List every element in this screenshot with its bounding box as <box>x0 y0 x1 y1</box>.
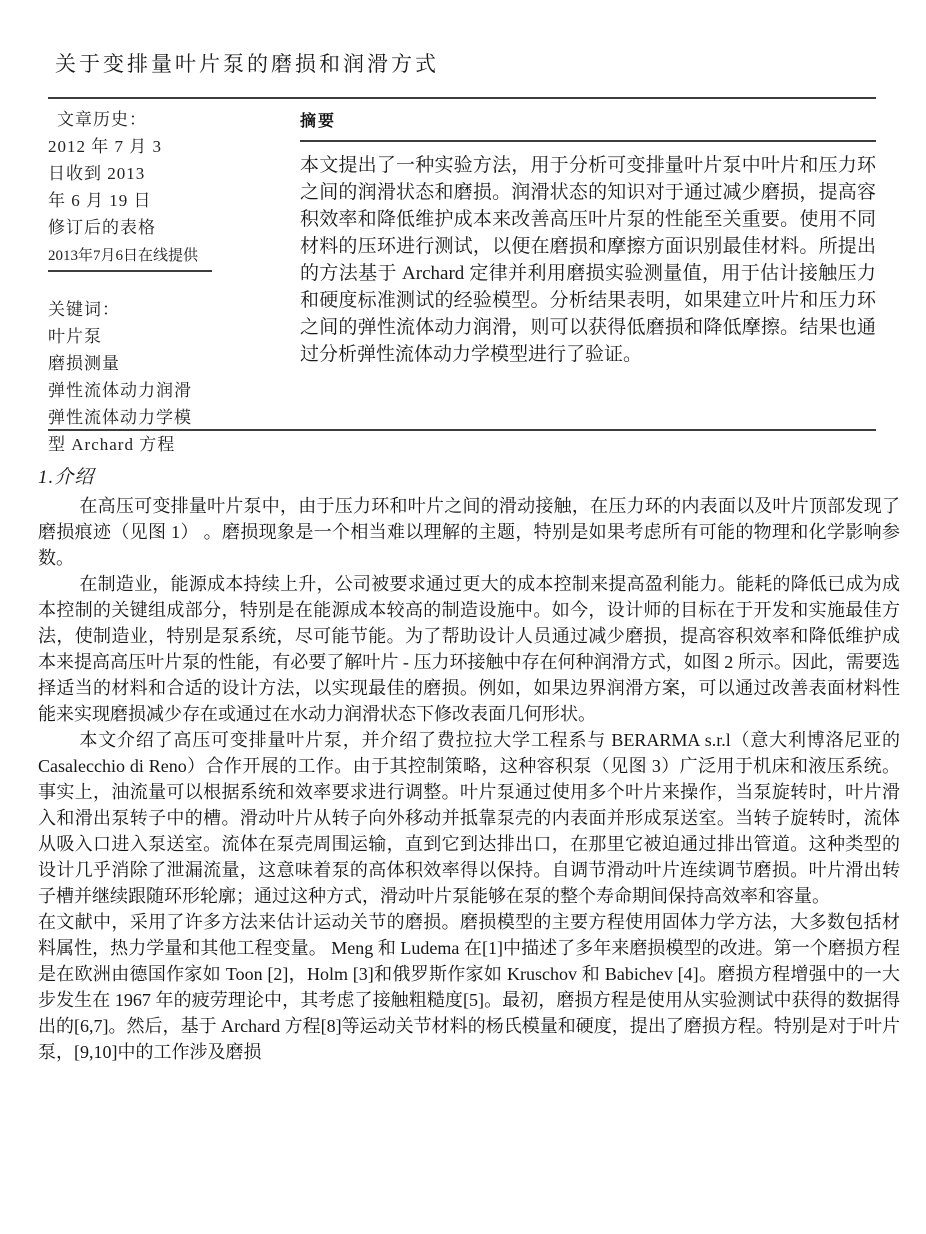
article-history-online-row: 2013年7月6日在线提供 <box>48 241 300 274</box>
article-history-line: 2012 年 7 月 3 <box>48 133 300 160</box>
abstract-heading: 摘要 <box>300 108 876 131</box>
article-history-line: 年 6 月 19 日 <box>48 187 300 214</box>
introduction-paragraph: 在高压可变排量叶片泵中，由于压力环和叶片之间的滑动接触，在压力环的内表面以及叶片… <box>38 493 900 571</box>
document-page: 关于变排量叶片泵的磨损和润滑方式 文章历史： 2012 年 7 月 3 日收到 … <box>0 0 926 1234</box>
header-divider <box>48 97 876 99</box>
introduction-paragraph: 在文献中，采用了许多方法来估计运动关节的磨损。磨损模型的主要方程使用固体力学方法… <box>38 909 900 1065</box>
keywords-label: 关键词： <box>48 296 300 323</box>
paper-title: 关于变排量叶片泵的磨损和润滑方式 <box>55 48 439 78</box>
article-history-label: 文章历史： <box>48 106 300 133</box>
article-history-online-date: 2013年7月6日在线提供 <box>48 244 212 272</box>
article-history-line: 日收到 2013 <box>48 160 300 187</box>
abstract-section: 摘要 本文提出了一种实验方法，用于分析可变排量叶片泵中叶片和压力环之间的润滑状态… <box>300 106 876 458</box>
keyword-item: 弹性流体动力学模 <box>48 404 300 431</box>
front-matter-divider <box>48 429 876 431</box>
keyword-item: 叶片泵 <box>48 323 300 350</box>
keyword-item: 弹性流体动力润滑 <box>48 377 300 404</box>
keyword-item: 磨损测量 <box>48 350 300 377</box>
introduction-paragraph: 在制造业，能源成本持续上升，公司被要求通过更大的成本控制来提高盈利能力。能耗的降… <box>38 571 900 727</box>
article-history-line: 修订后的表格 <box>48 214 300 241</box>
keyword-item: 型 Archard 方程 <box>48 431 300 458</box>
introduction-heading: 1.介绍 <box>38 462 900 489</box>
article-meta-column: 文章历史： 2012 年 7 月 3 日收到 2013 年 6 月 19 日 修… <box>48 106 300 458</box>
introduction-paragraph: 本文介绍了高压可变排量叶片泵，并介绍了费拉拉大学工程系与 BERARMA s.r… <box>38 727 900 909</box>
introduction-section: 1.介绍 在高压可变排量叶片泵中，由于压力环和叶片之间的滑动接触，在压力环的内表… <box>38 462 900 1065</box>
abstract-text: 本文提出了一种实验方法，用于分析可变排量叶片泵中叶片和压力环之间的润滑状态和磨损… <box>300 152 876 368</box>
abstract-divider <box>300 140 876 142</box>
front-matter: 文章历史： 2012 年 7 月 3 日收到 2013 年 6 月 19 日 修… <box>48 106 876 458</box>
